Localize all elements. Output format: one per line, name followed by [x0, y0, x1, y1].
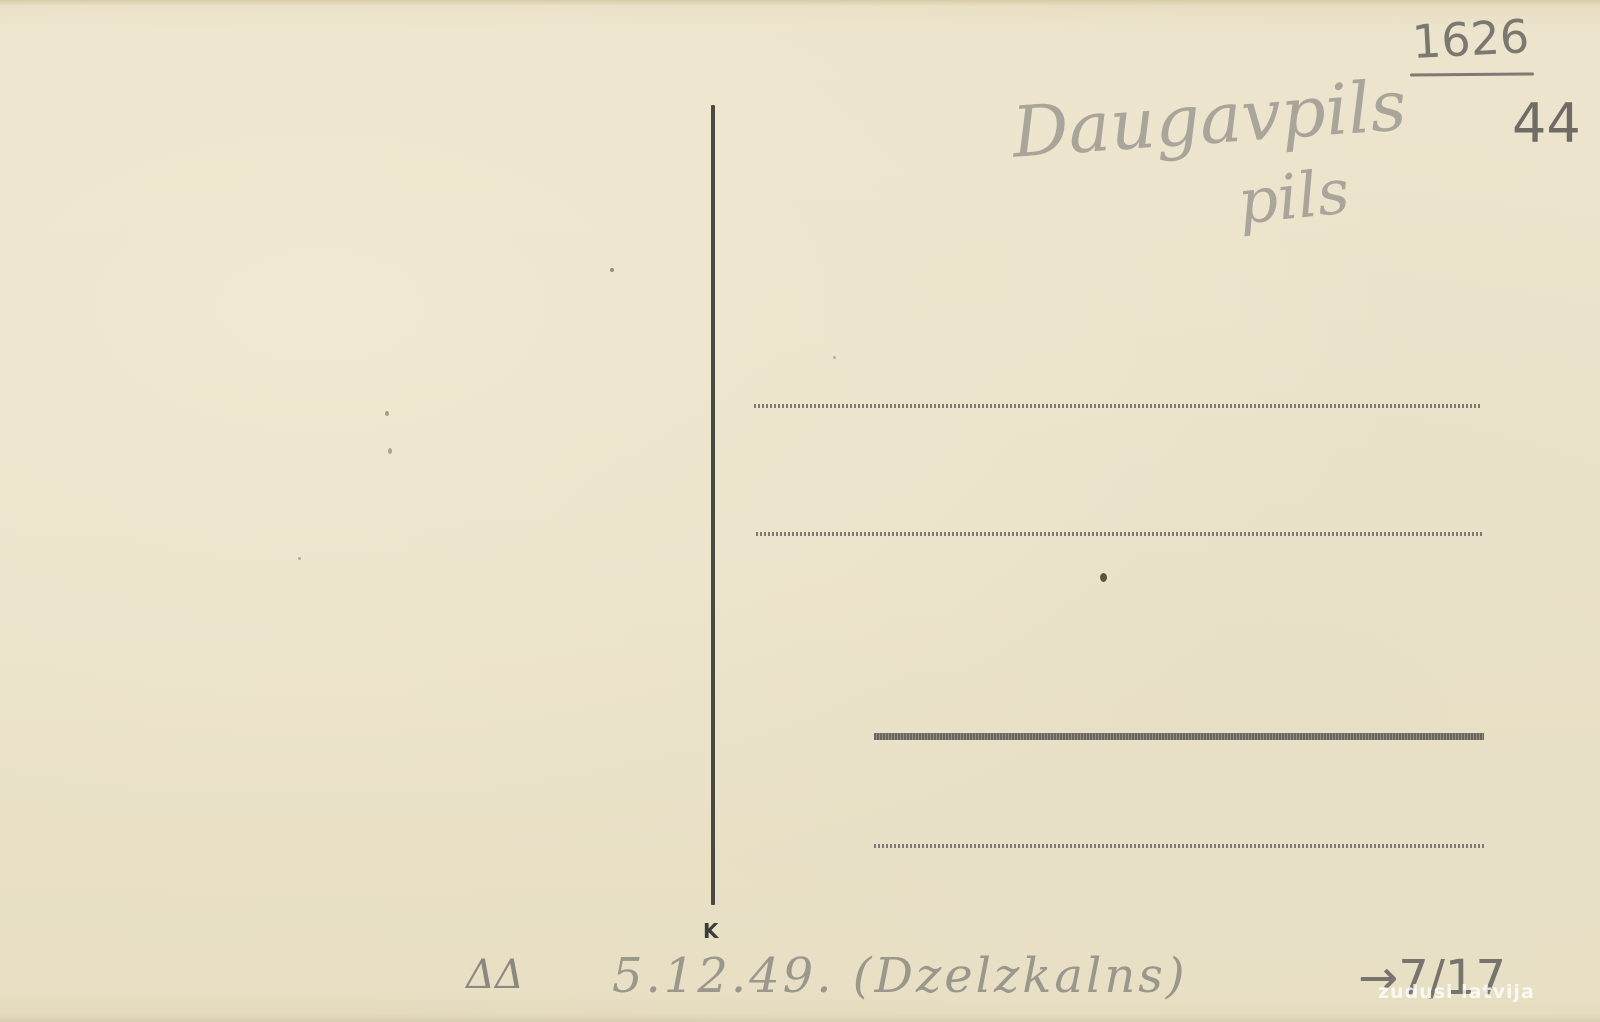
address-line-1 — [754, 404, 1480, 408]
catalog-number: 1626 — [1411, 9, 1531, 69]
paper-speck — [1100, 573, 1107, 582]
paper-speck — [610, 268, 614, 272]
address-line-3 — [874, 733, 1484, 740]
divider-mark-k: K — [703, 919, 719, 943]
catalog-sub-number: 44 — [1512, 92, 1581, 155]
address-line-4 — [874, 844, 1486, 848]
paper-speck — [385, 411, 389, 416]
paper-speck — [298, 557, 301, 560]
place-name-line-2: pils — [1234, 154, 1352, 238]
bottom-date-note: 5.12.49. (Dzelzkalns) — [612, 948, 1188, 1004]
scan-edge-top — [0, 0, 1600, 6]
paper-speck — [388, 448, 392, 454]
place-name-line-1: Daugavpils — [1010, 64, 1409, 173]
bottom-left-mark: ΔΔ — [466, 952, 524, 998]
center-divider-line — [711, 105, 715, 905]
address-line-2 — [756, 532, 1484, 536]
watermark-text: zudusi latvija — [1378, 981, 1535, 1003]
scan-edge-bottom — [0, 1014, 1600, 1022]
postcard-back: 1626 44 Daugavpils pils K ΔΔ 5.12.49. (D… — [0, 0, 1600, 1022]
paper-speck — [833, 356, 836, 359]
catalog-underline — [1410, 72, 1534, 76]
